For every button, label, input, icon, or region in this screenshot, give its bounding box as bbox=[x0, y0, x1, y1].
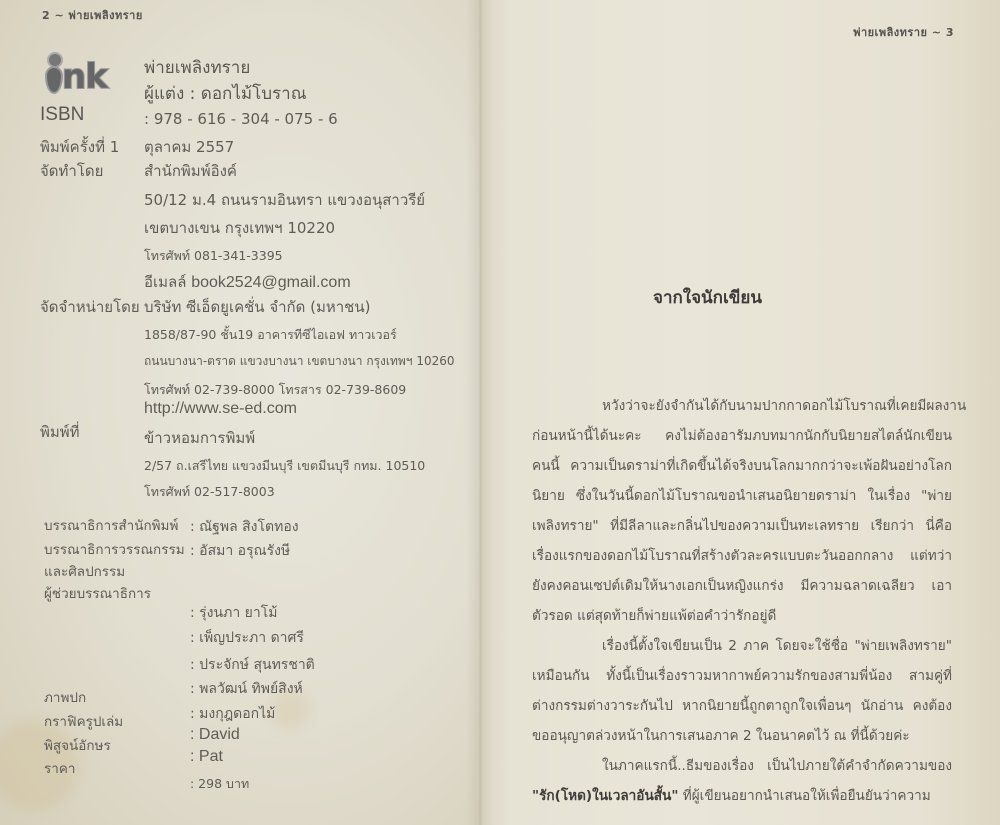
credit-value: : รุ่งนภา ยาโม้ bbox=[190, 602, 277, 624]
credit-label: พิสูจน์อักษร bbox=[44, 734, 111, 756]
credit-label: บรรณาธิการวรรณกรรม bbox=[44, 538, 185, 560]
ink-drop-icon bbox=[45, 66, 63, 94]
paragraph-line: นิยาย ซึ่งในวันนี้ดอกไม้โบราณขอนำเสนอนิย… bbox=[532, 481, 952, 511]
right-page: พ่ายเพลิงทราย ~ 3 จากใจนักเขียน หวังว่าจ… bbox=[480, 0, 1000, 825]
left-page: 2 ~ พ่ายเพลิงทราย nk พ่ายเพลิงทราย ผู้แต… bbox=[0, 0, 480, 825]
credit-label: ราคา bbox=[44, 757, 75, 779]
paragraph-line: หวังว่าจะยังจำกันได้กับนามปากกาดอกไม้โบร… bbox=[532, 391, 952, 421]
isbn-label: ISBN bbox=[40, 104, 84, 126]
printer-label: พิมพ์ที่ bbox=[40, 420, 80, 444]
credit-value: : David bbox=[190, 726, 240, 744]
printer-phone: โทรศัพท์ 02-517-8003 bbox=[144, 482, 275, 502]
produced-by-phone: โทรศัพท์ 081-341-3395 bbox=[144, 246, 283, 266]
quote-continuation: ที่ผู้เขียนอยากนำเสนอให้เพื่อยืนยันว่าคว… bbox=[678, 788, 930, 804]
paragraph-line: ก่อนหน้านี้ได้นะคะ คงไม่ต้องอารัมภบทมากน… bbox=[532, 421, 952, 451]
preface-body: หวังว่าจะยังจำกันได้กับนามปากกาดอกไม้โบร… bbox=[532, 391, 952, 811]
email-label: อีเมลล์ bbox=[144, 273, 186, 291]
produced-by-address2: เขตบางเขน กรุงเทพฯ 10220 bbox=[144, 216, 335, 240]
produced-by-label: จัดทำโดย bbox=[40, 159, 103, 183]
publisher-logo: nk bbox=[40, 52, 112, 96]
running-head-left: 2 ~ พ่ายเพลิงทราย bbox=[42, 6, 143, 24]
printer-address: 2/57 ถ.เสรีไทย แขวงมีนบุรี เขตมีนบุรี กท… bbox=[144, 456, 425, 476]
paragraph-line: ต่างกรรมต่างวาระกันไป หากนิยายนี้ถูกตาถู… bbox=[532, 691, 952, 721]
credit-value: : อัสมา อรุณรังษี bbox=[190, 540, 290, 562]
distributor-name: บริษัท ซีเอ็ดยูเคชั่น จำกัด (มหาชน) bbox=[144, 295, 370, 319]
edition-label: พิมพ์ครั้งที่ 1 bbox=[40, 135, 119, 159]
paragraph-line: เพลิงทราย" ที่มีลีลาและกลิ่นไปของความเป็… bbox=[532, 511, 952, 541]
distributor-website-link[interactable]: http://www.se-ed.com bbox=[144, 400, 297, 418]
distributor-phone-fax: โทรศัพท์ 02-739-8000 โทรสาร 02-739-8609 bbox=[144, 380, 406, 400]
paragraph-line: ขออนุญาตล่วงหน้าในการเสนอภาค 2 ในอนาคตไว… bbox=[532, 721, 952, 751]
paragraph-line: เรื่องนี้ตั้งใจเขียนเป็น 2 ภาค โดยจะใช้ช… bbox=[532, 631, 952, 661]
distributor-address1: 1858/87-90 ชั้น19 อาคารทีซีไอเอฟ ทาวเวอร… bbox=[144, 325, 397, 345]
author-line: ผู้แต่ง : ดอกไม้โบราณ bbox=[144, 80, 306, 107]
credit-value: : พลวัฒน์ ทิพย์สิงห์ bbox=[190, 678, 303, 700]
credit-value: : Pat bbox=[190, 748, 223, 766]
credit-value: : ณัฐพล สิงโตทอง bbox=[190, 516, 299, 538]
distributor-label: จัดจำหน่ายโดย bbox=[40, 295, 140, 319]
credit-label: ผู้ช่วยบรรณาธิการ bbox=[44, 582, 151, 604]
paragraph-line: เรื่องแรกของดอกไม้โบราณที่สร้างตัวละครแบ… bbox=[532, 541, 952, 571]
preface-title: จากใจนักเขียน bbox=[653, 284, 762, 311]
book-title: พ่ายเพลิงทราย bbox=[144, 54, 250, 81]
paragraph-line-last: "รัก(โหด)ในเวลาอันสั้น" ที่ผู้เขียนอยากน… bbox=[532, 781, 952, 811]
credit-value: : เพ็ญประภา ดาศรี bbox=[190, 627, 304, 649]
credit-label: และศิลปกรรม bbox=[44, 560, 125, 582]
isbn-value: : 978 - 616 - 304 - 075 - 6 bbox=[144, 110, 338, 128]
logo-text: nk bbox=[62, 60, 107, 94]
credit-label: กราฟิครูปเล่ม bbox=[44, 710, 123, 732]
paragraph-line: คนนี้ ความเป็นดราม่าที่เกิดขึ้นได้จริงบน… bbox=[532, 451, 952, 481]
price-value: : 298 บาท bbox=[190, 774, 249, 794]
paragraph-line: ในภาคแรกนี้..ธีมของเรื่อง เป็นไปภายใต้คำ… bbox=[532, 751, 952, 781]
paragraph-line: ยังคงคอนเซปต์เดิมให้นางเอกเป็นหญิงแกร่ง … bbox=[532, 571, 952, 601]
distributor-address2: ถนนบางนา-ตราด แขวงบางนา เขตบางนา กรุงเทพ… bbox=[144, 352, 455, 371]
produced-by-name: สำนักพิมพ์อิงค์ bbox=[144, 159, 237, 183]
credit-label: ภาพปก bbox=[44, 686, 86, 708]
bold-quote: "รัก(โหด)ในเวลาอันสั้น" bbox=[532, 788, 678, 804]
running-head-right: พ่ายเพลิงทราย ~ 3 bbox=[853, 23, 954, 41]
edition-value: ตุลาคม 2557 bbox=[144, 135, 234, 159]
email-link[interactable]: book2524@gmail.com bbox=[191, 274, 350, 291]
credit-value: : ประจักษ์ สุนทรชาติ bbox=[190, 654, 315, 676]
paragraph-line: ตัวรอด แต่สุดท้ายก็พ่ายแพ้ต่อคำว่ารักอยู… bbox=[532, 601, 952, 631]
produced-by-email-row: อีเมลล์ book2524@gmail.com bbox=[144, 270, 351, 294]
paragraph-line: เหมือนกัน ทั้งนี้เป็นเรื่องราวมหากาพย์คว… bbox=[532, 661, 952, 691]
credit-value: : มงกุฎดอกไม้ bbox=[190, 703, 275, 725]
produced-by-address1: 50/12 ม.4 ถนนรามอินทรา แขวงอนุสาวรีย์ bbox=[144, 188, 425, 212]
credit-label: บรรณาธิการสำนักพิมพ์ bbox=[44, 514, 178, 536]
printer-name: ข้าวหอมการพิมพ์ bbox=[144, 426, 255, 450]
